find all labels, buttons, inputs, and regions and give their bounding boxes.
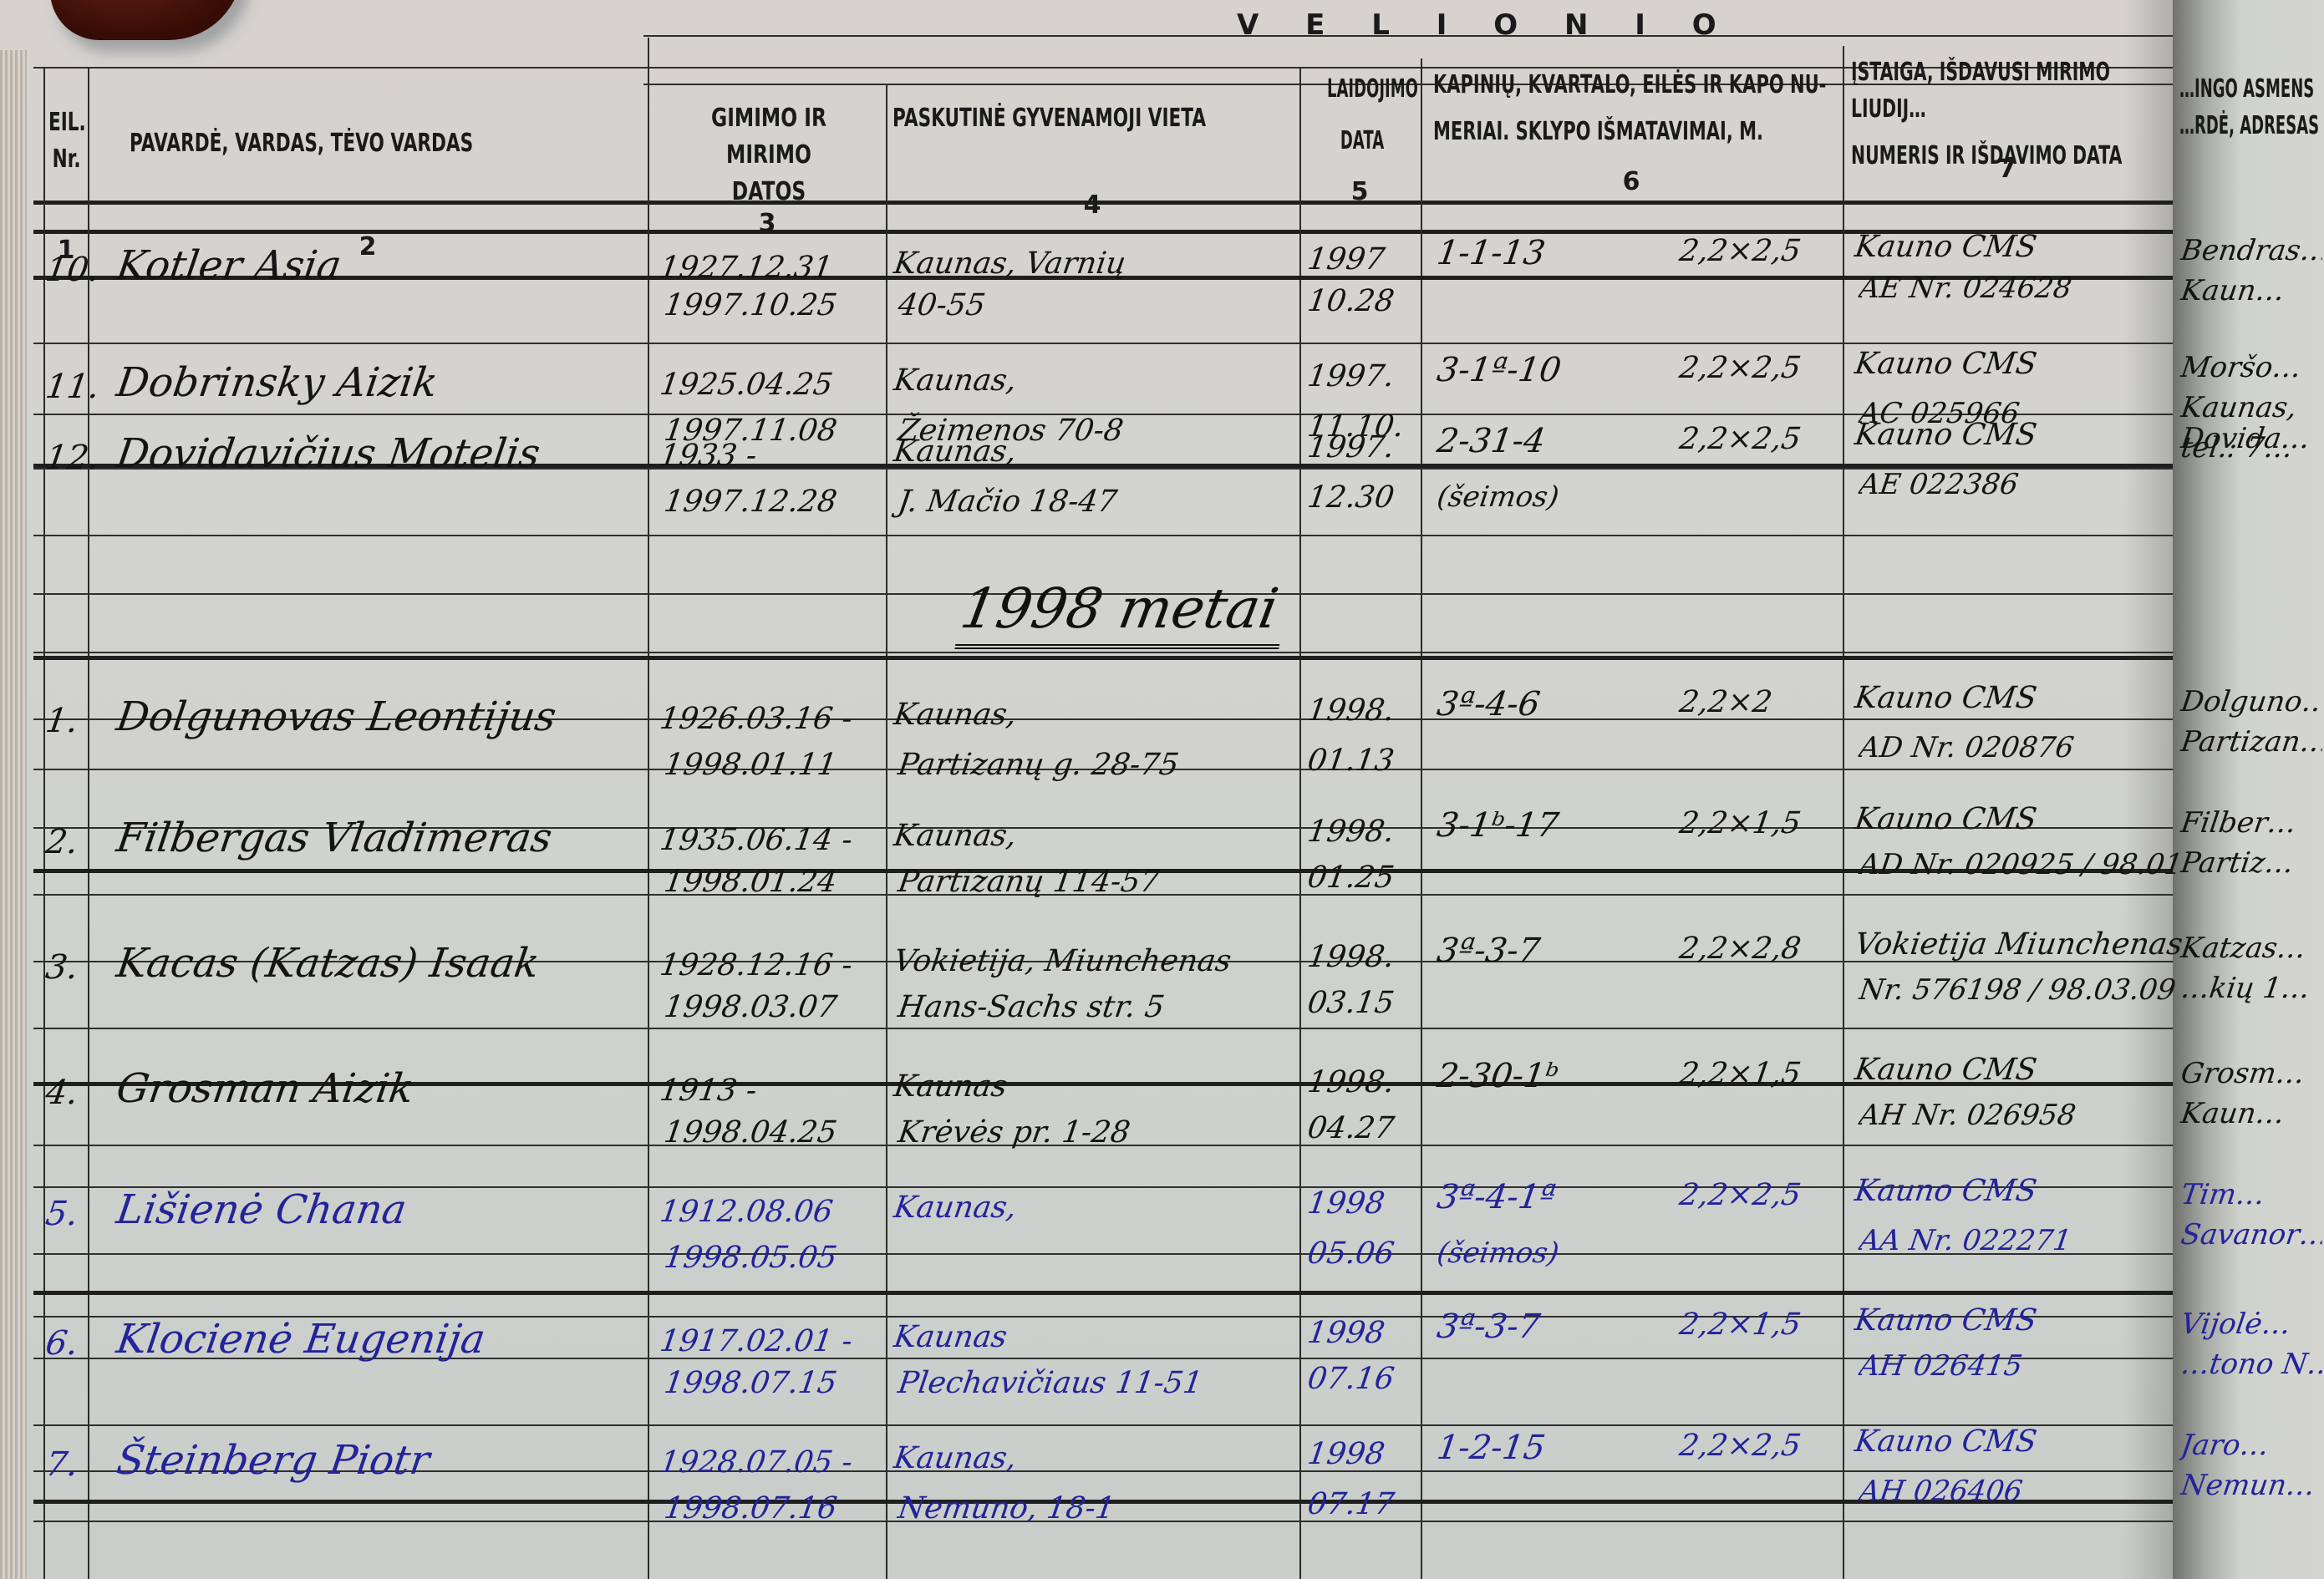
header-col1: EIL.Nr. bbox=[48, 104, 84, 178]
header-next-page: …INGO ASMENS…RDĖ, ADRESAS bbox=[2179, 71, 2324, 145]
grave-note: (šeimos) bbox=[1435, 480, 1561, 514]
next-page-snippet: Filber… bbox=[2179, 806, 2324, 840]
next-page-snippet: Kaun… bbox=[2179, 1097, 2324, 1130]
certificate-issuer: Kauno CMS bbox=[1853, 802, 2039, 836]
entry-number: 3. bbox=[43, 948, 81, 987]
deceased-name: Klocienė Eugenija bbox=[114, 1316, 488, 1363]
burial-day: 05.06 bbox=[1305, 1236, 1396, 1271]
certificate-number: AE Nr. 024628 bbox=[1857, 272, 2073, 305]
deceased-name: Kacas (Katzas) Isaak bbox=[114, 940, 542, 987]
grave-number: 3ª-3-7 bbox=[1435, 1307, 1543, 1346]
plot-size: 2,2×1,5 bbox=[1677, 1057, 1803, 1091]
certificate-issuer: Kauno CMS bbox=[1853, 230, 2039, 264]
residence-line-2: Plechavičiaus 11-51 bbox=[896, 1366, 1204, 1400]
plot-size: 2,2×1,5 bbox=[1677, 1307, 1803, 1342]
entry-number: 10. bbox=[43, 251, 102, 289]
plot-size: 2,2×1,5 bbox=[1677, 806, 1803, 840]
residence-line-1: Vokietija, Miunchenas bbox=[892, 944, 1233, 978]
residence-line-2: Krėvės pr. 1-28 bbox=[896, 1115, 1132, 1150]
grave-number: 1-2-15 bbox=[1435, 1429, 1548, 1467]
header-col5: LAIDOJIMODATA bbox=[1327, 71, 1397, 160]
burial-year: 1998. bbox=[1305, 1065, 1396, 1099]
certificate-issuer: Kauno CMS bbox=[1853, 1424, 2039, 1459]
deceased-name: Grosman Aizik bbox=[114, 1065, 417, 1112]
plot-size: 2,2×2,5 bbox=[1677, 351, 1803, 385]
col-number-6: 6 bbox=[1422, 167, 1840, 196]
next-page-snippet: Vijolė… bbox=[2179, 1307, 2324, 1341]
register-page: V E L I O N I O EIL.Nr. PAVARDĖ, VARDAS,… bbox=[0, 0, 2324, 1579]
certificate-number: AA Nr. 022271 bbox=[1857, 1224, 2073, 1257]
certificate-issuer: Kauno CMS bbox=[1853, 1053, 2039, 1087]
deceased-name: Šteinberg Piotr bbox=[114, 1437, 433, 1484]
grave-number: 2-31-4 bbox=[1435, 422, 1548, 460]
death-date: 1998.01.24 bbox=[662, 865, 839, 899]
death-date: 1998.07.15 bbox=[662, 1366, 839, 1400]
col-divider-4 bbox=[886, 84, 887, 1579]
row-rule bbox=[33, 652, 2173, 653]
burial-day: 10.28 bbox=[1305, 284, 1396, 318]
page-edges bbox=[0, 50, 27, 1579]
residence-line-2: 40-55 bbox=[896, 288, 988, 322]
birth-date: 1912.08.06 bbox=[658, 1195, 835, 1229]
certificate-issuer: Kauno CMS bbox=[1853, 347, 2039, 381]
residence-line-1: Kaunas, bbox=[892, 1191, 1019, 1225]
grave-number: 3ª-4-1ª bbox=[1435, 1178, 1559, 1216]
burial-day: 07.16 bbox=[1305, 1362, 1396, 1396]
residence-line-2: Hans-Sachs str. 5 bbox=[896, 990, 1167, 1024]
residence-line-1: Kaunas, bbox=[892, 819, 1019, 853]
deceased-name: Kotler Asia bbox=[114, 242, 344, 289]
next-page-snippet: Dolguno… bbox=[2179, 685, 2324, 718]
birth-date: 1926.03.16 - bbox=[658, 702, 854, 736]
residence-line-1: Kaunas, bbox=[892, 1441, 1019, 1475]
certificate-number: AH 026406 bbox=[1857, 1475, 2024, 1508]
residence-line-2: Partizanų 114-57 bbox=[896, 865, 1162, 899]
burial-year: 1997. bbox=[1305, 430, 1396, 465]
burial-year: 1997. bbox=[1305, 359, 1396, 393]
grave-number: 3-1ᵇ-17 bbox=[1435, 806, 1561, 845]
entry-number: 5. bbox=[43, 1195, 81, 1233]
residence-line-1: Kaunas bbox=[892, 1069, 1009, 1104]
burial-year: 1998 bbox=[1305, 1316, 1386, 1350]
plot-size: 2,2×2,8 bbox=[1677, 932, 1803, 966]
deceased-name: Dobrinsky Aizik bbox=[114, 359, 440, 406]
certificate-number: AD Nr. 020876 bbox=[1857, 731, 2076, 764]
header-top-rule bbox=[643, 35, 2173, 37]
col-divider-6 bbox=[1421, 58, 1422, 1579]
plot-size: 2,2×2 bbox=[1677, 685, 1774, 719]
col-divider-5 bbox=[1299, 67, 1301, 1579]
plot-size: 2,2×2,5 bbox=[1677, 1178, 1803, 1212]
death-date: 1998.01.11 bbox=[662, 748, 839, 782]
col-number-3: 3 bbox=[650, 209, 884, 238]
year-heading: 1998 metai bbox=[954, 576, 1291, 649]
certificate-number: AH 026415 bbox=[1857, 1349, 2024, 1383]
death-date: 1997.10.25 bbox=[662, 288, 839, 322]
next-page-snippet: Kaunas, bbox=[2179, 391, 2324, 424]
row-rule bbox=[33, 1028, 2173, 1029]
burial-day: 07.17 bbox=[1305, 1487, 1396, 1521]
birth-date: 1925.04.25 bbox=[658, 368, 835, 402]
birth-date: 1928.07.05 - bbox=[658, 1445, 854, 1480]
next-page-snippet: …kių 1… bbox=[2179, 972, 2324, 1005]
col-number-4: 4 bbox=[887, 190, 1297, 220]
residence-line-2: J. Mačio 18-47 bbox=[896, 485, 1119, 519]
row-rule bbox=[33, 1424, 2173, 1426]
burial-year: 1998. bbox=[1305, 693, 1396, 728]
col-divider-3 bbox=[648, 38, 649, 1579]
death-date: 1998.04.25 bbox=[662, 1115, 839, 1150]
col-number-7: 7 bbox=[1844, 155, 2170, 184]
next-page-snippet: Jaro… bbox=[2179, 1429, 2324, 1462]
certificate-number: AE 022386 bbox=[1857, 468, 2021, 501]
burial-day: 04.27 bbox=[1305, 1111, 1396, 1145]
next-page-snippet: Bendras… bbox=[2179, 234, 2324, 267]
grave-number: 2-30-1ᵇ bbox=[1435, 1057, 1561, 1095]
grave-number: 3-1ª-10 bbox=[1435, 351, 1564, 389]
col-divider-2 bbox=[88, 67, 89, 1579]
thumb bbox=[50, 0, 242, 40]
burial-day: 12.30 bbox=[1305, 480, 1396, 515]
entry-number: 4. bbox=[43, 1074, 81, 1112]
certificate-issuer: Kauno CMS bbox=[1853, 1174, 2039, 1208]
certificate-issuer: Kauno CMS bbox=[1853, 418, 2039, 452]
certificate-issuer: Kauno CMS bbox=[1853, 1303, 2039, 1338]
header-col4: PASKUTINĖ GYVENAMOJI VIETA bbox=[892, 100, 1302, 137]
next-page-snippet: Savanor… bbox=[2179, 1218, 2324, 1252]
burial-day: 03.15 bbox=[1305, 986, 1396, 1020]
burial-day: 01.13 bbox=[1305, 744, 1396, 778]
death-date: 1998.07.16 bbox=[662, 1491, 839, 1526]
deceased-name: Dolgunovas Leontijus bbox=[114, 693, 559, 740]
certificate-issuer: Kauno CMS bbox=[1853, 681, 2039, 715]
grave-note: (šeimos) bbox=[1435, 1236, 1561, 1270]
next-page-snippet: Moršo… bbox=[2179, 351, 2324, 384]
residence-line-1: Kaunas, bbox=[892, 363, 1019, 398]
entry-number: 12. bbox=[43, 439, 102, 477]
header-col2: PAVARDĖ, VARDAS, TĖVO VARDAS bbox=[130, 125, 611, 162]
plot-size: 2,2×2,5 bbox=[1677, 422, 1803, 456]
residence-line-1: Kaunas, Varnių bbox=[892, 246, 1128, 281]
burial-year: 1998. bbox=[1305, 815, 1396, 849]
residence-line-2: Partizanų g. 28-75 bbox=[896, 748, 1181, 782]
burial-year: 1998 bbox=[1305, 1437, 1386, 1471]
birth-date: 1927.12.31 bbox=[658, 251, 835, 285]
grave-number: 3ª-3-7 bbox=[1435, 932, 1543, 970]
birth-date: 1913 - bbox=[658, 1074, 759, 1108]
next-page-snippet: Nemun… bbox=[2179, 1469, 2324, 1502]
row-rule bbox=[33, 535, 2173, 536]
burial-year: 1998 bbox=[1305, 1186, 1386, 1221]
deceased-name: Filbergas Vladimeras bbox=[114, 815, 555, 861]
row-rule bbox=[33, 343, 2173, 344]
death-date: 1997.12.28 bbox=[662, 485, 839, 519]
entry-number: 1. bbox=[43, 702, 81, 740]
birth-date: 1917.02.01 - bbox=[658, 1324, 854, 1358]
next-page-snippet: Partizan… bbox=[2179, 725, 2324, 759]
plot-size: 2,2×2,5 bbox=[1677, 234, 1803, 268]
next-page-snippet: Katzas… bbox=[2179, 932, 2324, 965]
death-date: 1998.05.05 bbox=[662, 1241, 839, 1275]
deceased-name: Dovidavičius Motelis bbox=[114, 430, 543, 477]
entry-separator bbox=[33, 1291, 2173, 1295]
deceased-name: Lišienė Chana bbox=[114, 1186, 409, 1233]
plot-size: 2,2×2,5 bbox=[1677, 1429, 1803, 1463]
entry-number: 6. bbox=[43, 1324, 81, 1363]
grave-number: 3ª-4-6 bbox=[1435, 685, 1543, 723]
residence-line-1: Kaunas, bbox=[892, 698, 1019, 732]
entry-number: 7. bbox=[43, 1445, 81, 1484]
next-page-snippet: Dovida… bbox=[2179, 422, 2324, 455]
entry-number: 2. bbox=[43, 823, 81, 861]
residence-line-1: Kaunas bbox=[892, 1320, 1009, 1354]
burial-year: 1998. bbox=[1305, 940, 1396, 974]
burial-year: 1997 bbox=[1305, 242, 1386, 277]
grave-number: 1-1-13 bbox=[1435, 234, 1548, 272]
burial-day: 01.25 bbox=[1305, 861, 1396, 895]
row-rule bbox=[33, 1253, 2173, 1255]
birth-date: 1928.12.16 - bbox=[658, 948, 854, 982]
entry-separator bbox=[33, 656, 2173, 660]
death-date: 1998.03.07 bbox=[662, 990, 839, 1024]
entry-number: 11. bbox=[43, 368, 102, 406]
next-page-snippet: Tim… bbox=[2179, 1178, 2324, 1211]
birth-date: 1935.06.14 - bbox=[658, 823, 854, 857]
certificate-number: AD Nr. 020925 / 98.01… bbox=[1857, 848, 2179, 881]
next-page-snippet: Grosm… bbox=[2179, 1057, 2324, 1090]
birth-date: 1933 - bbox=[658, 439, 759, 473]
header-col3: GIMIMO IR MIRIMODATOS bbox=[684, 100, 854, 211]
next-page-snippet: …tono N… bbox=[2179, 1348, 2324, 1381]
residence-line-2: Nemuno, 18-1 bbox=[896, 1491, 1117, 1526]
next-page-snippet: Kaun… bbox=[2179, 274, 2324, 307]
header-col6: KAPINIŲ, KVARTALO, EILĖS IR KAPO NU-MERI… bbox=[1433, 67, 1831, 150]
certificate-issuer: Vokietija Miunchenas bbox=[1853, 927, 2184, 962]
next-page-snippet: Partiz… bbox=[2179, 846, 2324, 880]
residence-line-1: Kaunas, bbox=[892, 434, 1019, 469]
col-number-5: 5 bbox=[1301, 177, 1418, 206]
certificate-number: AH Nr. 026958 bbox=[1857, 1099, 2077, 1132]
certificate-number: Nr. 576198 / 98.03.09 bbox=[1857, 973, 2178, 1007]
section-title: V E L I O N I O bbox=[1237, 8, 1735, 42]
